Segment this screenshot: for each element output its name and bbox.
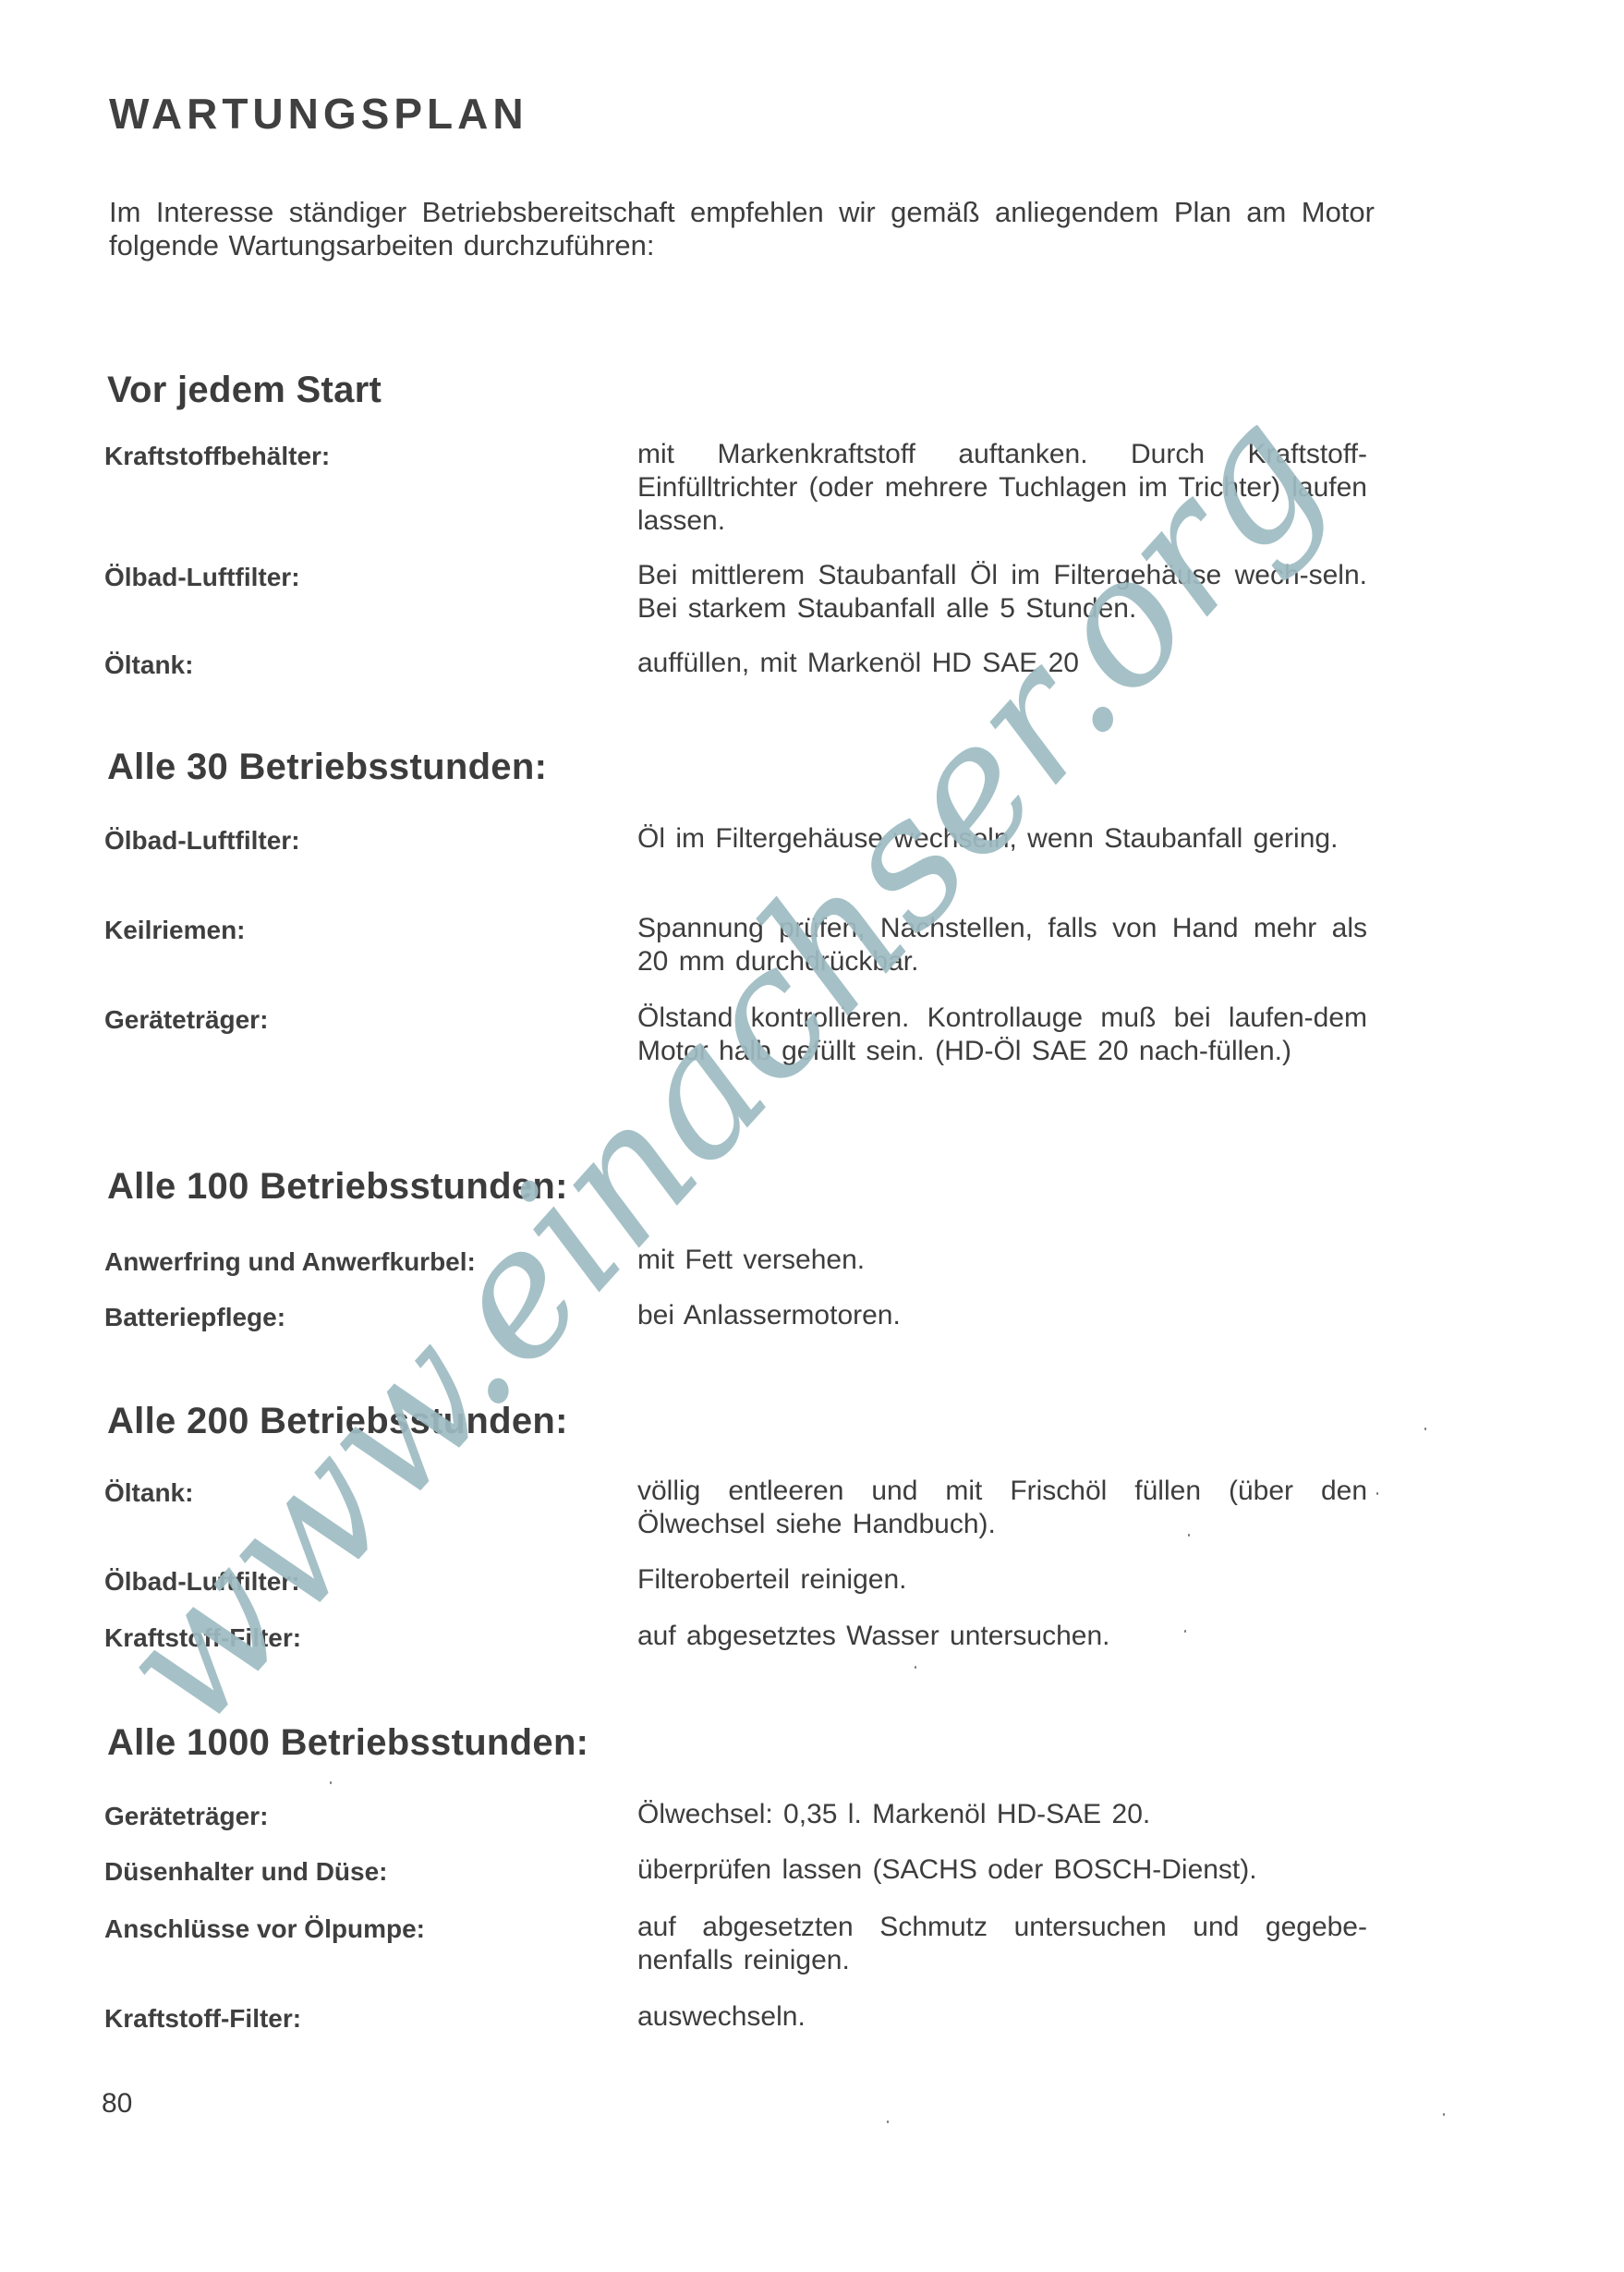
item-description: auf abgesetztes Wasser untersuchen. bbox=[637, 1620, 1367, 1653]
item-description: auswechseln. bbox=[637, 2000, 1367, 2034]
item-label: Geräteträger: bbox=[104, 1802, 268, 1831]
item-label: Anschlüsse vor Ölpumpe: bbox=[104, 1914, 425, 1944]
item-description: auffüllen, mit Markenöl HD SAE 20 bbox=[637, 647, 1367, 680]
scan-speck bbox=[915, 1666, 916, 1669]
scan-speck bbox=[887, 2120, 889, 2123]
item-label: Düsenhalter und Düse: bbox=[104, 1857, 387, 1887]
item-description: Spannung prüfen, Nachstellen, falls von … bbox=[637, 912, 1367, 978]
item-description: bei Anlassermotoren. bbox=[637, 1299, 1367, 1332]
section-heading-30-hours: Alle 30 Betriebsstunden: bbox=[107, 747, 547, 788]
scan-speck bbox=[330, 1781, 332, 1784]
section-heading-before-start: Vor jedem Start bbox=[107, 370, 382, 411]
section-heading-1000-hours: Alle 1000 Betriebsstunden: bbox=[107, 1722, 588, 1764]
item-label: Ölbad-Luftfilter: bbox=[104, 826, 300, 856]
item-label: Öltank: bbox=[104, 1478, 193, 1508]
scan-speck bbox=[1424, 1428, 1426, 1430]
item-label: Kraftstoff-Filter: bbox=[104, 1623, 301, 1653]
item-description: Ölstand kontrollieren. Kontrollauge muß … bbox=[637, 1002, 1367, 1068]
item-description: völlig entleeren und mit Frischöl füllen… bbox=[637, 1475, 1367, 1541]
item-label: Keilriemen: bbox=[104, 916, 246, 945]
item-label: Ölbad-Luftfilter: bbox=[104, 563, 300, 592]
page-number: 80 bbox=[102, 2088, 132, 2120]
item-label: Anwerfring und Anwerfkurbel: bbox=[104, 1247, 476, 1277]
item-description: Filteroberteil reinigen. bbox=[637, 1563, 1367, 1597]
scan-speck bbox=[1376, 1492, 1378, 1495]
scan-speck bbox=[1443, 2113, 1445, 2116]
scan-speck bbox=[1184, 1630, 1186, 1633]
item-label: Kraftstoffbehälter: bbox=[104, 442, 330, 471]
item-description: auf abgesetzten Schmutz untersuchen und … bbox=[637, 1911, 1367, 1977]
intro-paragraph: Im Interesse ständiger Betriebsbereitsch… bbox=[109, 196, 1375, 262]
item-description: Ölwechsel: 0,35 l. Markenöl HD-SAE 20. bbox=[637, 1798, 1367, 1831]
item-description: Bei mittlerem Staubanfall Öl im Filterge… bbox=[637, 559, 1367, 626]
item-description: überprüfen lassen (SACHS oder BOSCH-Dien… bbox=[637, 1853, 1367, 1887]
section-heading-200-hours: Alle 200 Betriebsstunden: bbox=[107, 1401, 568, 1442]
item-label: Geräteträger: bbox=[104, 1005, 268, 1035]
item-label: Öltank: bbox=[104, 650, 193, 680]
section-heading-100-hours: Alle 100 Betriebsstunden: bbox=[107, 1166, 568, 1208]
item-description: Öl im Filtergehäuse wechseln, wenn Staub… bbox=[637, 822, 1367, 856]
scan-speck bbox=[1188, 1534, 1190, 1537]
page-title: WARTUNGSPLAN bbox=[109, 89, 528, 139]
item-label: Ölbad-Luftfilter: bbox=[104, 1567, 300, 1597]
item-label: Batteriepflege: bbox=[104, 1303, 285, 1332]
item-description: mit Markenkraftstoff auftanken. Durch Kr… bbox=[637, 438, 1367, 538]
document-page: WARTUNGSPLAN Im Interesse ständiger Betr… bbox=[0, 0, 1624, 2272]
item-description: mit Fett versehen. bbox=[637, 1244, 1367, 1277]
item-label: Kraftstoff-Filter: bbox=[104, 2004, 301, 2034]
